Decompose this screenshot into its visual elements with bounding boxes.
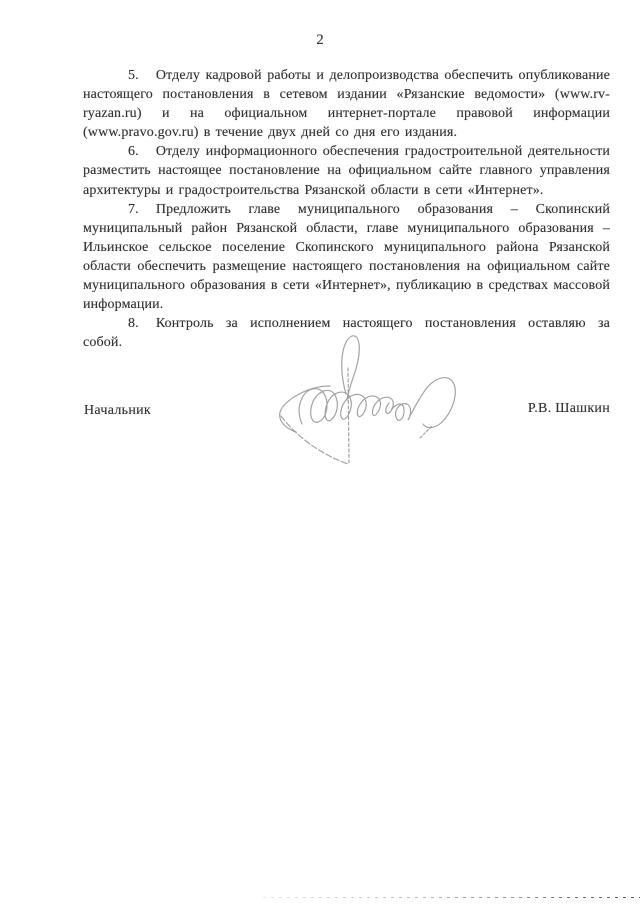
paragraph-text: Отделу информационного обеспечения градо… <box>83 144 610 197</box>
paragraph-number: 7. <box>128 202 156 217</box>
signer-title: Начальник <box>84 403 151 419</box>
paragraph-number: 6. <box>128 144 156 159</box>
scan-artifact-dotted-line <box>263 896 640 898</box>
scanned-document-page: 2 5.Отделу кадровой работы и делопроизво… <box>0 0 640 905</box>
paragraph-item: 6.Отделу информационного обеспечения гра… <box>83 142 610 199</box>
paragraph-text: Предложить главе муниципального образова… <box>83 202 610 312</box>
handwritten-signature <box>270 332 480 472</box>
paragraph-item: 5.Отделу кадровой работы и делопроизводс… <box>83 66 610 142</box>
paragraph-text: Отделу кадровой работы и делопроизводств… <box>83 68 610 140</box>
signer-name: Р.В. Шашкин <box>528 401 610 417</box>
paragraph-number: 8. <box>128 316 156 331</box>
page-number: 2 <box>0 32 640 49</box>
document-body: 5.Отделу кадровой работы и делопроизводс… <box>83 66 610 352</box>
paragraph-number: 5. <box>128 68 156 83</box>
paragraph-item: 7.Предложить главе муниципального образо… <box>83 200 610 315</box>
